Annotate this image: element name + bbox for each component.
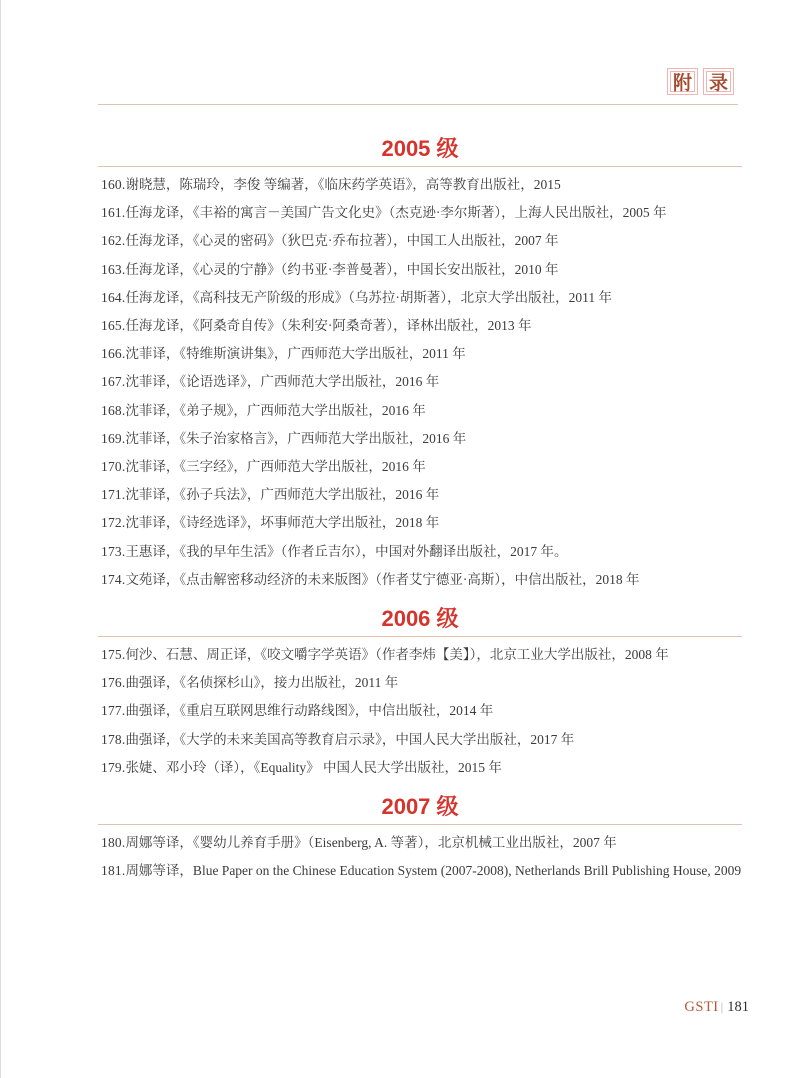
section-title: 2006 级 bbox=[101, 606, 739, 631]
header-rule bbox=[98, 104, 738, 105]
section-rule bbox=[98, 824, 742, 825]
item-text: 张婕、邓小玲（译），《Equality》 中国人民大学出版社，2015 年 bbox=[125, 760, 502, 775]
item-text: 何沙、石慧、周正译，《咬文嚼字学英语》（作者李炜【美】），北京工业大学出版社，2… bbox=[125, 647, 668, 662]
publication-item: 168.沈菲译，《弟子规》，广西师范大学出版社，2016 年 bbox=[101, 397, 739, 425]
year-section: 2005 级 160.谢晓慧，陈瑞玲，李俊 等编著，《临床药学英语》，高等教育出… bbox=[101, 136, 739, 594]
publication-item: 178.曲强译，《大学的未来美国高等教育启示录》，中国人民大学出版社，2017 … bbox=[101, 726, 739, 754]
item-number: 167. bbox=[101, 374, 125, 389]
item-number: 181. bbox=[101, 863, 125, 878]
item-text: 任海龙译，《阿桑奇自传》（朱利安·阿桑奇著），译林出版社，2013 年 bbox=[125, 318, 531, 333]
publication-item: 171.沈菲译，《孙子兵法》，广西师范大学出版社，2016 年 bbox=[101, 481, 739, 509]
section-rule bbox=[98, 166, 742, 167]
item-number: 166. bbox=[101, 346, 125, 361]
year-section: 2006 级 175.何沙、石慧、周正译，《咬文嚼字学英语》（作者李炜【美】），… bbox=[101, 606, 739, 782]
publication-item: 173.王惠译，《我的早年生活》（作者丘吉尔），中国对外翻译出版社，2017 年… bbox=[101, 538, 739, 566]
item-text: 文苑译，《点击解密移动经济的未来版图》（作者艾宁德亚·高斯），中信出版社，201… bbox=[125, 572, 639, 587]
publication-item: 177.曲强译，《重启互联网思维行动路线图》，中信出版社，2014 年 bbox=[101, 697, 739, 725]
publication-item: 162.任海龙译，《心灵的密码》（狄巴克·乔布拉著），中国工人出版社，2007 … bbox=[101, 227, 739, 255]
year-section: 2007 级 180.周娜等译，《婴幼儿养育手册》（Eisenberg, A. … bbox=[101, 794, 739, 885]
publication-item: 172.沈菲译，《诗经选译》，坏事师范大学出版社，2018 年 bbox=[101, 509, 739, 537]
publication-list: 160.谢晓慧，陈瑞玲，李俊 等编著，《临床药学英语》，高等教育出版社，2015… bbox=[101, 171, 739, 594]
item-text: 曲强译，《名侦探杉山》，接力出版社，2011 年 bbox=[125, 675, 398, 690]
footer-separator: | bbox=[721, 999, 724, 1014]
item-number: 175. bbox=[101, 647, 125, 662]
item-number: 176. bbox=[101, 675, 125, 690]
publication-list: 180.周娜等译，《婴幼儿养育手册》（Eisenberg, A. 等著），北京机… bbox=[101, 829, 739, 885]
item-number: 177. bbox=[101, 703, 125, 718]
item-text: 沈菲译，《朱子治家格言》，广西师范大学出版社，2016 年 bbox=[125, 431, 466, 446]
item-number: 168. bbox=[101, 403, 125, 418]
page-number: 181 bbox=[727, 999, 749, 1015]
item-text: 王惠译，《我的早年生活》（作者丘吉尔），中国对外翻译出版社，2017 年。 bbox=[125, 544, 567, 559]
item-text: 沈菲译，《弟子规》，广西师范大学出版社，2016 年 bbox=[125, 403, 425, 418]
publication-item: 160.谢晓慧，陈瑞玲，李俊 等编著，《临床药学英语》，高等教育出版社，2015 bbox=[101, 171, 739, 199]
item-number: 162. bbox=[101, 233, 125, 248]
item-text: 周娜等译，Blue Paper on the Chinese Education… bbox=[125, 863, 741, 878]
item-number: 163. bbox=[101, 262, 125, 277]
item-number: 178. bbox=[101, 732, 125, 747]
item-number: 170. bbox=[101, 459, 125, 474]
item-number: 161. bbox=[101, 205, 125, 220]
item-number: 179. bbox=[101, 760, 125, 775]
item-text: 任海龙译，《心灵的宁静》（约书亚·李普曼著），中国长安出版社，2010 年 bbox=[125, 262, 558, 277]
item-text: 沈菲译，《论语选译》，广西师范大学出版社，2016 年 bbox=[125, 374, 439, 389]
publication-item: 176.曲强译，《名侦探杉山》，接力出版社，2011 年 bbox=[101, 669, 739, 697]
publication-sections: 2005 级 160.谢晓慧，陈瑞玲，李俊 等编著，《临床药学英语》，高等教育出… bbox=[101, 136, 739, 885]
publication-item: 167.沈菲译，《论语选译》，广西师范大学出版社，2016 年 bbox=[101, 368, 739, 396]
publication-item: 169.沈菲译，《朱子治家格言》，广西师范大学出版社，2016 年 bbox=[101, 425, 739, 453]
publication-item: 170.沈菲译，《三字经》，广西师范大学出版社，2016 年 bbox=[101, 453, 739, 481]
item-text: 沈菲译，《孙子兵法》，广西师范大学出版社，2016 年 bbox=[125, 487, 439, 502]
item-number: 173. bbox=[101, 544, 125, 559]
item-text: 任海龙译，《心灵的密码》（狄巴克·乔布拉著），中国工人出版社，2007 年 bbox=[125, 233, 558, 248]
publication-item: 179.张婕、邓小玲（译），《Equality》 中国人民大学出版社，2015 … bbox=[101, 754, 739, 782]
publication-item: 164.任海龙译，《高科技无产阶级的形成》（乌苏拉·胡斯著），北京大学出版社，2… bbox=[101, 284, 739, 312]
item-number: 171. bbox=[101, 487, 125, 502]
publication-item: 165.任海龙译，《阿桑奇自传》（朱利安·阿桑奇著），译林出版社，2013 年 bbox=[101, 312, 739, 340]
item-text: 沈菲译，《特维斯演讲集》，广西师范大学出版社，2011 年 bbox=[125, 346, 465, 361]
item-text: 任海龙译，《高科技无产阶级的形成》（乌苏拉·胡斯著），北京大学出版社，2011 … bbox=[125, 290, 612, 305]
page-footer: GSTI|181 bbox=[684, 999, 749, 1016]
appendix-page: 附 录 2005 级 160.谢晓慧，陈瑞玲，李俊 等编著，《临床药学英语》，高… bbox=[0, 0, 794, 1078]
item-text: 沈菲译，《诗经选译》，坏事师范大学出版社，2018 年 bbox=[125, 515, 439, 530]
appendix-tag-char-1: 附 bbox=[667, 68, 698, 95]
item-number: 160. bbox=[101, 177, 125, 192]
item-text: 谢晓慧，陈瑞玲，李俊 等编著，《临床药学英语》，高等教育出版社，2015 bbox=[125, 177, 560, 192]
publication-item: 181.周娜等译，Blue Paper on the Chinese Educa… bbox=[101, 857, 739, 885]
publication-item: 161.任海龙译，《丰裕的寓言－美国广告文化史》（杰克逊·李尔斯著），上海人民出… bbox=[101, 199, 739, 227]
appendix-tag-char-2: 录 bbox=[703, 68, 734, 95]
publication-item: 166.沈菲译，《特维斯演讲集》，广西师范大学出版社，2011 年 bbox=[101, 340, 739, 368]
item-number: 164. bbox=[101, 290, 125, 305]
section-title: 2005 级 bbox=[101, 136, 739, 161]
publication-list: 175.何沙、石慧、周正译，《咬文嚼字学英语》（作者李炜【美】），北京工业大学出… bbox=[101, 641, 739, 782]
item-number: 180. bbox=[101, 835, 125, 850]
item-number: 174. bbox=[101, 572, 125, 587]
publication-item: 180.周娜等译，《婴幼儿养育手册》（Eisenberg, A. 等著），北京机… bbox=[101, 829, 739, 857]
publication-item: 174.文苑译，《点击解密移动经济的未来版图》（作者艾宁德亚·高斯），中信出版社… bbox=[101, 566, 739, 594]
item-number: 172. bbox=[101, 515, 125, 530]
publication-item: 175.何沙、石慧、周正译，《咬文嚼字学英语》（作者李炜【美】），北京工业大学出… bbox=[101, 641, 739, 669]
section-rule bbox=[98, 636, 742, 637]
publication-item: 163.任海龙译，《心灵的宁静》（约书亚·李普曼著），中国长安出版社，2010 … bbox=[101, 256, 739, 284]
item-number: 165. bbox=[101, 318, 125, 333]
item-number: 169. bbox=[101, 431, 125, 446]
item-text: 曲强译，《重启互联网思维行动路线图》，中信出版社，2014 年 bbox=[125, 703, 493, 718]
item-text: 曲强译，《大学的未来美国高等教育启示录》，中国人民大学出版社，2017 年 bbox=[125, 732, 574, 747]
footer-brand: GSTI bbox=[684, 999, 718, 1015]
item-text: 沈菲译，《三字经》，广西师范大学出版社，2016 年 bbox=[125, 459, 425, 474]
item-text: 任海龙译，《丰裕的寓言－美国广告文化史》（杰克逊·李尔斯著），上海人民出版社，2… bbox=[125, 205, 666, 220]
item-text: 周娜等译，《婴幼儿养育手册》（Eisenberg, A. 等著），北京机械工业出… bbox=[125, 835, 616, 850]
appendix-tag: 附 录 bbox=[667, 68, 734, 95]
section-title: 2007 级 bbox=[101, 794, 739, 819]
